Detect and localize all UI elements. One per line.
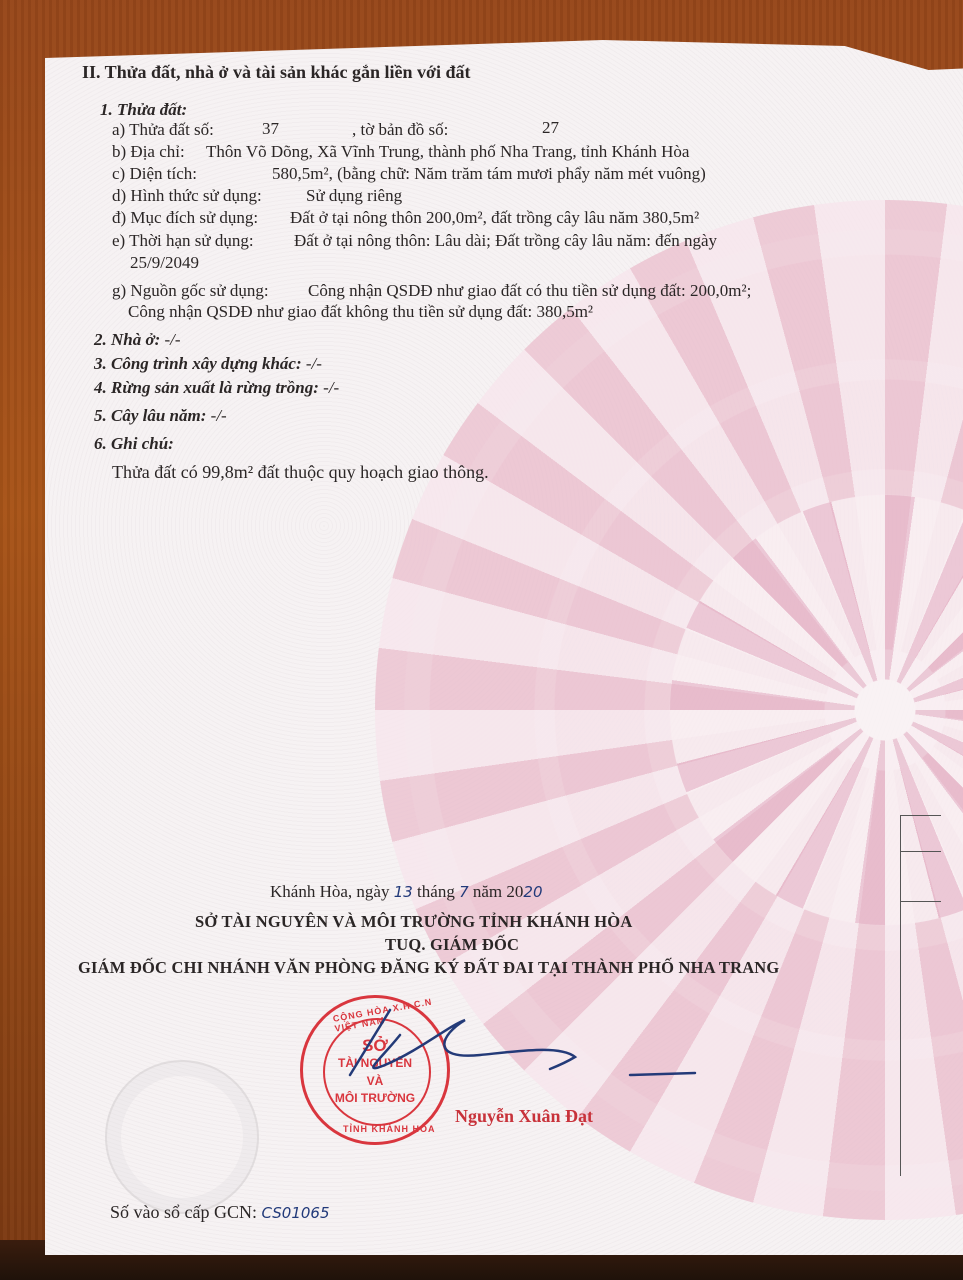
- perennial-trees-label: 5. Cây lâu năm:: [94, 406, 206, 425]
- planted-forest-label: 4. Rừng sản xuất là rừng trồng:: [94, 378, 319, 397]
- issuing-authority: SỞ TÀI NGUYÊN VÀ MÔI TRƯỜNG TỈNH KHÁNH H…: [195, 912, 632, 932]
- signing-day: 13: [394, 883, 413, 901]
- document-content: II. Thửa đất, nhà ở và tài sản khác gắn …: [0, 0, 963, 1280]
- planted-forest-item: 4. Rừng sản xuất là rừng trồng: -/-: [94, 378, 339, 398]
- address-label: b) Địa chỉ:: [112, 142, 185, 162]
- usage-form-value: Sử dụng riêng: [306, 186, 402, 206]
- house-label: 2. Nhà ở:: [94, 330, 160, 349]
- parcel-number-label: a) Thửa đất số:: [112, 120, 214, 140]
- area-value: 580,5m², (bằng chữ: Năm trăm tám mươi ph…: [272, 164, 706, 184]
- usage-term-value-line1: Đất ở tại nông thôn: Lâu dài; Đất trồng …: [294, 231, 717, 251]
- signing-place: Khánh Hòa, ngày: [270, 882, 389, 901]
- perennial-trees-value: -/-: [211, 406, 227, 425]
- origin-value-line2: Công nhận QSDĐ như giao đất không thu ti…: [128, 302, 593, 322]
- section-title: II. Thửa đất, nhà ở và tài sản khác gắn …: [82, 62, 471, 82]
- area-label: c) Diện tích:: [112, 164, 197, 184]
- note-heading: 6. Ghi chú:: [94, 434, 174, 454]
- registry-number-row: Số vào sổ cấp GCN: CS01065: [110, 1202, 330, 1223]
- signing-year-suffix: 20: [523, 883, 542, 901]
- other-construction-label: 3. Công trình xây dựng khác:: [94, 354, 302, 373]
- other-construction-value: -/-: [306, 354, 322, 373]
- signer-position: GIÁM ĐỐC CHI NHÁNH VĂN PHÒNG ĐĂNG KÝ ĐẤT…: [78, 958, 779, 978]
- house-value: -/-: [165, 330, 181, 349]
- usage-form-label: d) Hình thức sử dụng:: [112, 186, 262, 206]
- note-text: Thửa đất có 99,8m² đất thuộc quy hoạch g…: [112, 462, 489, 482]
- parcel-number-value: 37: [262, 119, 279, 139]
- address-value: Thôn Võ Dõng, Xã Vĩnh Trung, thành phố N…: [206, 142, 689, 162]
- signing-date: Khánh Hòa, ngày 13 tháng 7 năm 2020: [270, 882, 543, 902]
- origin-value-line1: Công nhận QSDĐ như giao đất có thu tiền …: [308, 281, 751, 301]
- map-sheet-label: , tờ bản đồ số:: [352, 120, 448, 140]
- on-behalf-of: TUQ. GIÁM ĐỐC: [385, 935, 519, 955]
- house-item: 2. Nhà ở: -/-: [94, 330, 181, 350]
- month-label: tháng: [417, 882, 455, 901]
- signing-month: 7: [459, 883, 469, 901]
- usage-term-label: e) Thời hạn sử dụng:: [112, 231, 254, 251]
- stamp-ring-bottom-text: TỈNH KHÁNH HÒA: [343, 1124, 436, 1134]
- handwritten-signature: [340, 1005, 710, 1095]
- map-sheet-value: 27: [542, 118, 559, 138]
- signer-name: Nguyễn Xuân Đạt: [455, 1106, 593, 1126]
- year-label: năm 20: [473, 882, 524, 901]
- parcel-heading: 1. Thửa đất:: [100, 100, 187, 120]
- perennial-trees-item: 5. Cây lâu năm: -/-: [94, 406, 227, 426]
- other-construction-item: 3. Công trình xây dựng khác: -/-: [94, 354, 322, 374]
- registry-number-value: CS01065: [262, 1204, 330, 1222]
- origin-label: g) Nguồn gốc sử dụng:: [112, 281, 269, 301]
- registry-number-label: Số vào sổ cấp GCN:: [110, 1202, 257, 1222]
- usage-purpose-label: đ) Mục đích sử dụng:: [112, 208, 258, 228]
- planted-forest-value: -/-: [323, 378, 339, 397]
- usage-purpose-value: Đất ở tại nông thôn 200,0m², đất trồng c…: [290, 208, 699, 228]
- usage-term-value-line2: 25/9/2049: [130, 253, 199, 273]
